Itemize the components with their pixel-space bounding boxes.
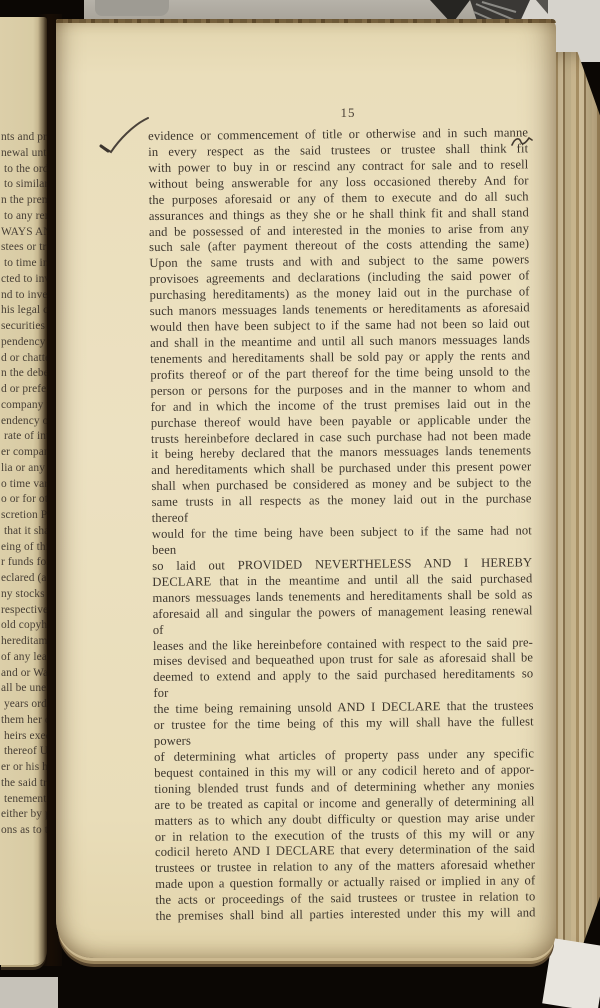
text-line: aforesaid all and singular the powers of… [153,603,533,638]
page-weight [95,0,169,16]
book-page: 15 evidence or commencement of title or … [56,19,556,958]
scanned-book-photo: nts and pronewal until to the ordin to s… [0,0,600,1008]
text-line: deemed to extend and apply to the said p… [153,667,533,702]
page-number: 15 [318,105,378,121]
paper-scrap-bottom-left [0,977,58,1008]
text-line: would for the time being have been subje… [152,523,532,558]
page-text: evidence or commencement of title or oth… [148,125,536,925]
text-line: or trustee for the time being of this my… [154,714,534,749]
text-line: the premises shall bind all parties inte… [155,905,535,925]
text-line: same trusts in all respects as the money… [152,492,532,527]
handwritten-correction-mark-icon [511,135,533,149]
fore-edge-page-stack [550,52,600,960]
paper-scrap-bottom-right [542,938,600,1008]
handwritten-checkmark-icon [98,115,152,159]
